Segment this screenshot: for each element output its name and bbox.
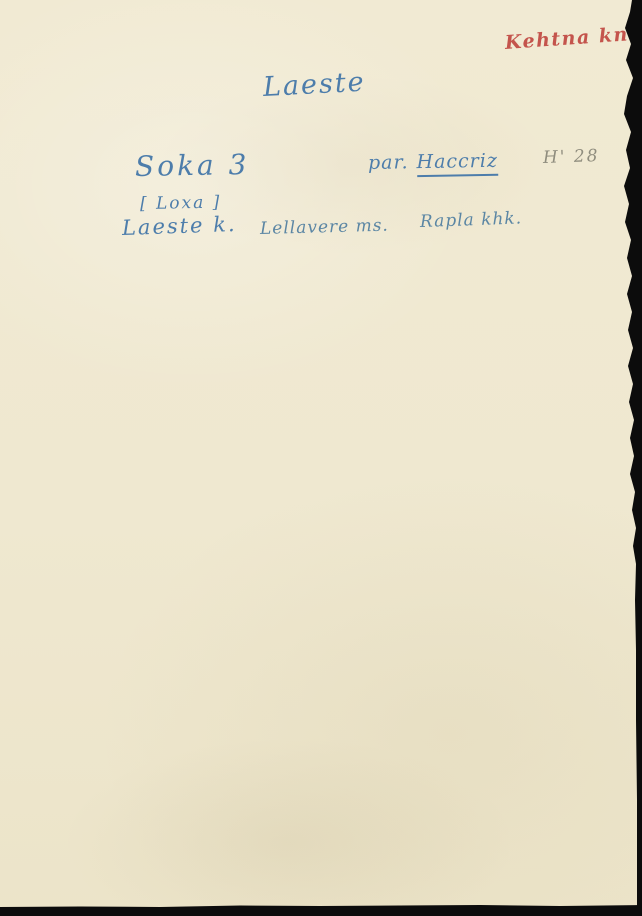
source-reference: par.Haccriz [368,150,498,174]
name-entry: Soka 3 [135,148,250,183]
corner-note: Kehtna kn. [504,23,637,54]
source-prefix: par. [368,151,409,174]
source-name: Haccriz [416,150,498,177]
name-variant-bracket: [ Loxa ] [140,193,222,214]
locality-village: Laeste k. [122,212,237,240]
page-title: Laeste [262,67,366,103]
source-code: H' 28 [543,146,600,168]
locality-manor: Lellavere ms. [260,216,389,239]
scan-edge-shadow [0,0,642,916]
locality-parish: Rapla khk. [420,208,523,232]
index-card-scan: Kehtna kn. Laeste Soka 3 par.Haccriz H' … [0,0,642,916]
